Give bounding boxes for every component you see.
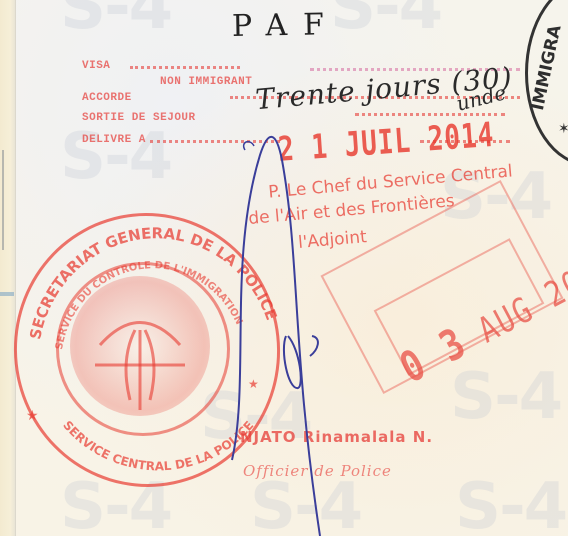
officer-name: NJATO Rinamalala N. (240, 428, 433, 446)
star-icon: ✶ (558, 120, 568, 137)
svg-text:★: ★ (26, 407, 39, 423)
seal-outer-text: SECRETARIAT GENERAL DE LA POLICE NATIONA… (0, 0, 282, 341)
passport-page: S-4 S-4 S-4 S-4 S-4 S-4 S-4 S-4 S-4 VISA… (0, 0, 568, 536)
svg-text:SECRETARIAT GENERAL DE LA POLI: SECRETARIAT GENERAL DE LA POLICE NATIONA… (0, 0, 282, 341)
svg-text:★: ★ (248, 377, 259, 391)
officer-title: Officier de Police (243, 462, 392, 480)
